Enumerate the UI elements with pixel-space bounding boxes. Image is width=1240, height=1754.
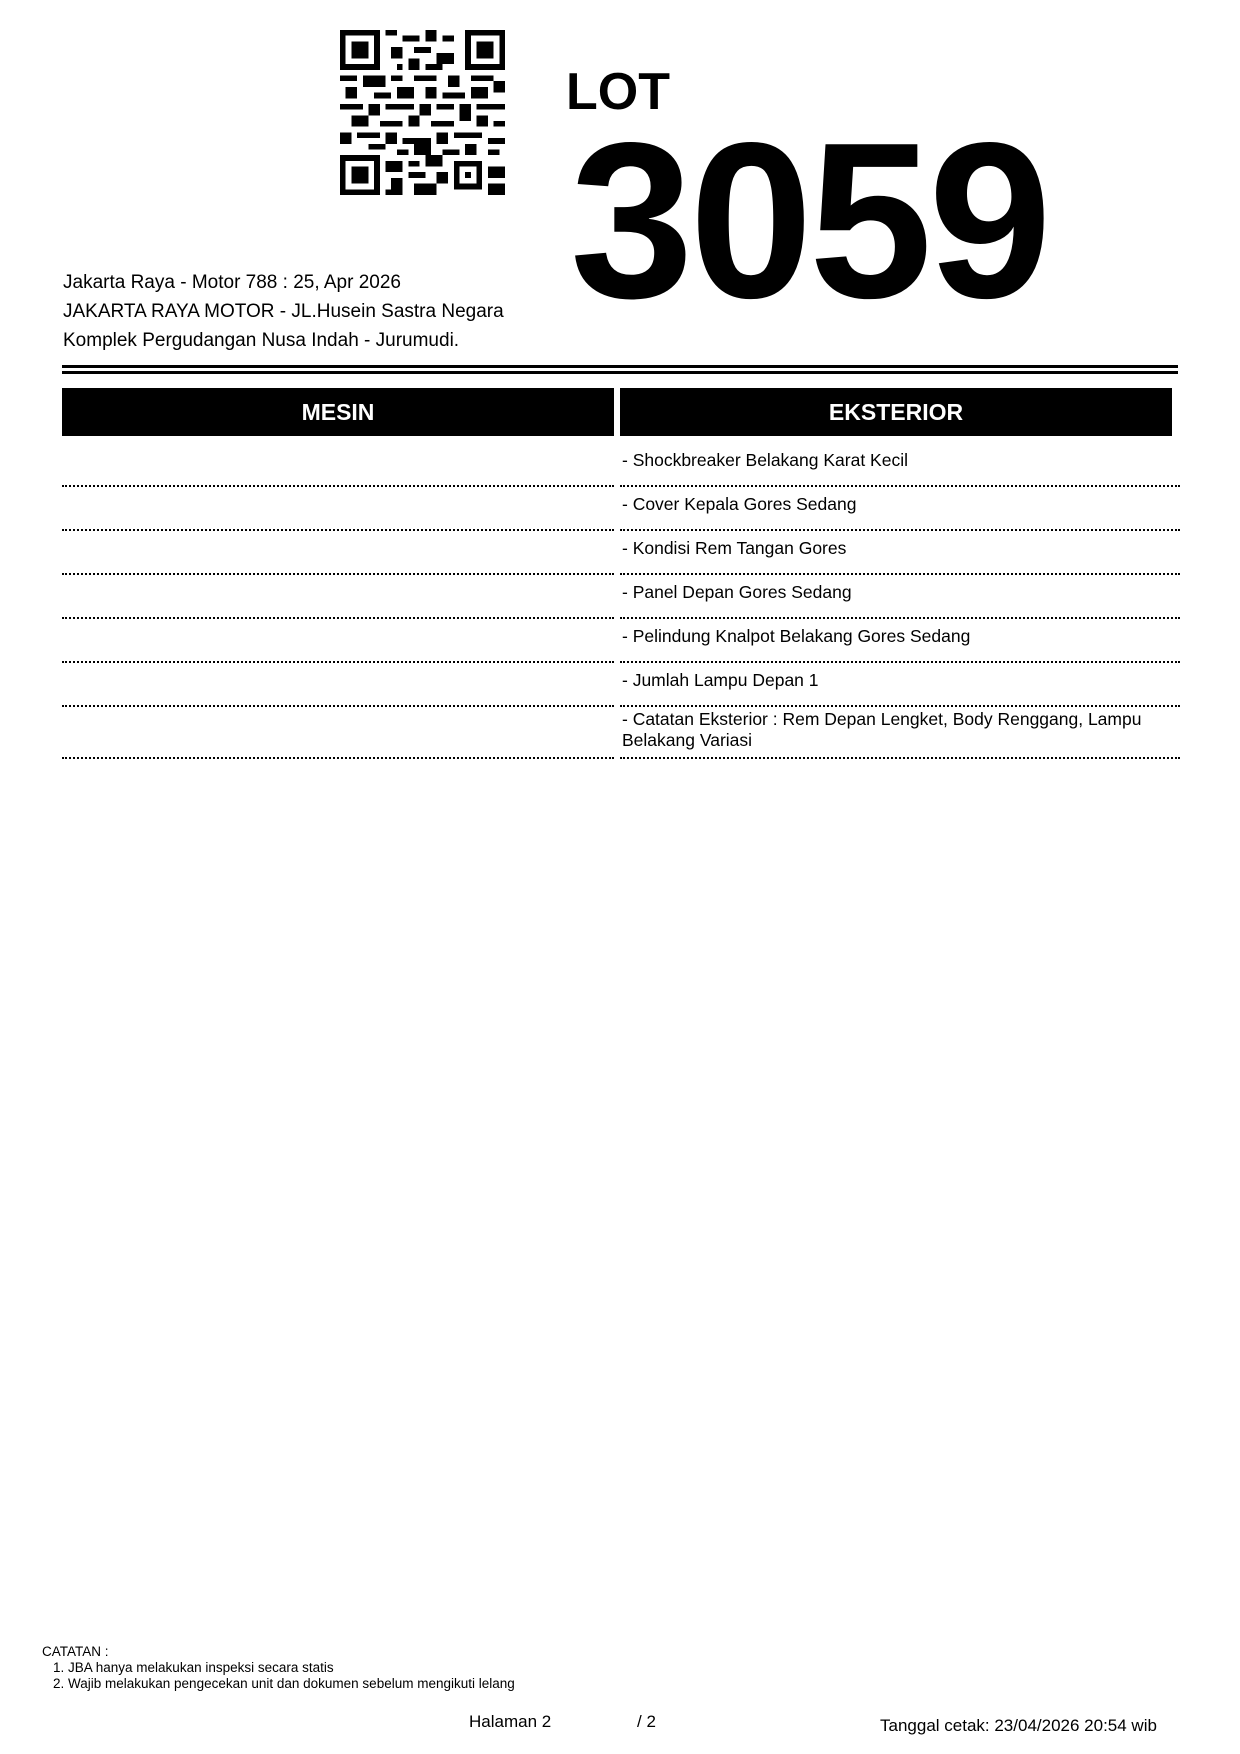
address-line: Jakarta Raya - Motor 788 : 25, Apr 2026 — [63, 268, 504, 297]
page-total: / 2 — [637, 1712, 656, 1732]
list-item — [62, 575, 614, 619]
header-rule — [62, 365, 1178, 368]
notes: CATATAN : JBA hanya melakukan inspeksi s… — [42, 1644, 515, 1692]
list-item: - Pelindung Knalpot Belakang Gores Sedan… — [620, 619, 1180, 663]
qr-code — [340, 30, 505, 195]
eksterior-column: EKSTERIOR - Shockbreaker Belakang Karat … — [620, 388, 1180, 759]
address-line: Komplek Pergudangan Nusa Indah - Jurumud… — [63, 326, 504, 355]
list-item — [62, 663, 614, 707]
list-item: - Catatan Eksterior : Rem Depan Lengket,… — [620, 707, 1180, 759]
eksterior-header: EKSTERIOR — [620, 388, 1172, 436]
address-line: JAKARTA RAYA MOTOR - JL.Husein Sastra Ne… — [63, 297, 504, 326]
list-item — [62, 707, 614, 759]
print-date: Tanggal cetak: 23/04/2026 20:54 wib — [880, 1716, 1157, 1736]
list-item: - Kondisi Rem Tangan Gores — [620, 531, 1180, 575]
header-rule — [62, 371, 1178, 374]
auction-address: Jakarta Raya - Motor 788 : 25, Apr 2026 … — [63, 268, 504, 355]
mesin-header: MESIN — [62, 388, 614, 436]
list-item — [62, 531, 614, 575]
list-item: - Cover Kepala Gores Sedang — [620, 487, 1180, 531]
list-item — [62, 443, 614, 487]
list-item: - Shockbreaker Belakang Karat Kecil — [620, 443, 1180, 487]
list-item — [62, 487, 614, 531]
list-item — [62, 619, 614, 663]
list-item: - Panel Depan Gores Sedang — [620, 575, 1180, 619]
list-item: - Jumlah Lampu Depan 1 — [620, 663, 1180, 707]
note-item: JBA hanya melakukan inspeksi secara stat… — [68, 1660, 515, 1676]
notes-title: CATATAN : — [42, 1644, 515, 1660]
lot-number: 3059 — [570, 110, 1048, 332]
note-item: Wajib melakukan pengecekan unit dan doku… — [68, 1676, 515, 1692]
page-label: Halaman 2 — [469, 1712, 551, 1732]
mesin-column: MESIN — [62, 388, 614, 759]
